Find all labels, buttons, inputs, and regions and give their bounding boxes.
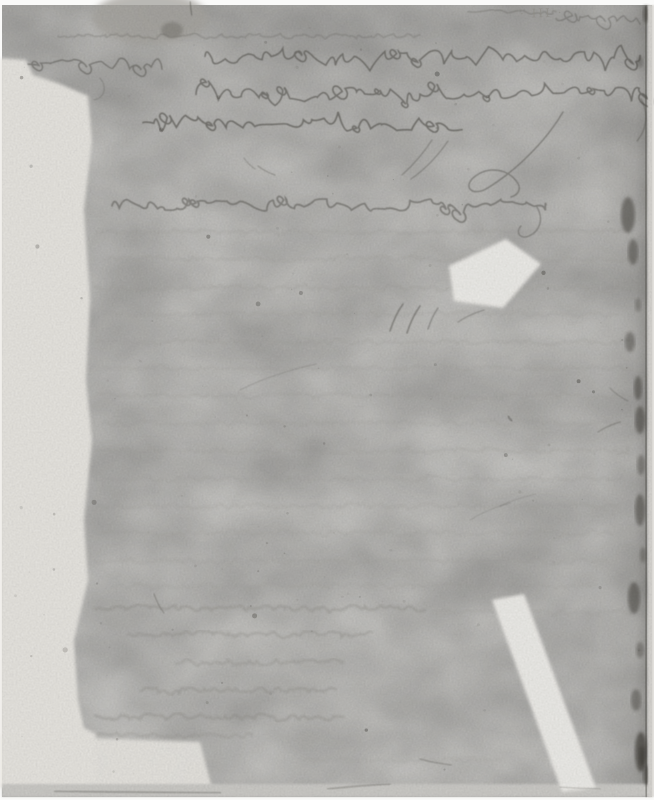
manuscript-scan-page: · III · (0, 0, 654, 800)
scan-render-layer (0, 0, 654, 800)
scan-grain (2, 5, 652, 797)
